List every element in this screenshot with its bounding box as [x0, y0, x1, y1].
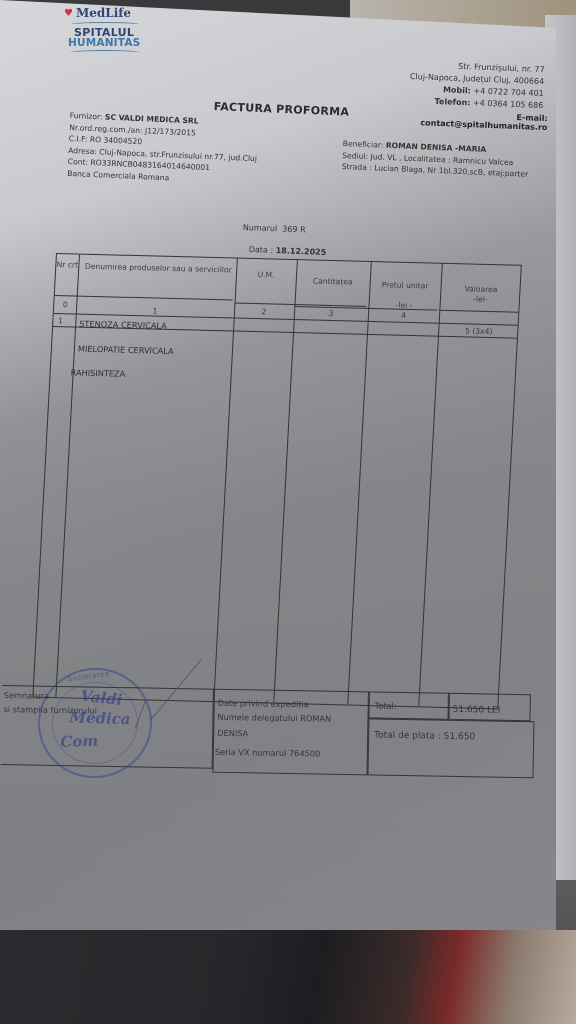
- document-date: Data : 18.12.2025: [249, 245, 327, 257]
- total-value: 51.650 LEI: [453, 704, 501, 718]
- item-line: MIELOPATIE CERVICALA: [78, 344, 174, 356]
- contact-email: E-mail: contact@spitalhumanitas.ro: [387, 108, 548, 132]
- background-fabric: [0, 930, 576, 1024]
- beneficiary-block: Beneficiar: ROMAN DENISA -MARIA Sediul: …: [342, 138, 530, 180]
- header-unit-price: Pretul unitar: [369, 280, 441, 292]
- index-3: 3: [294, 308, 368, 319]
- row-divider: [55, 295, 233, 301]
- total-pay-box: [367, 718, 534, 778]
- header-product-name: Denumirea produselor sau a servicillor: [84, 262, 232, 276]
- invoice-table: Nr crt Denumirea produselor sau a servic…: [32, 253, 522, 709]
- heart-icon: ♥: [64, 8, 73, 19]
- logo-line2: HUMANITAS: [68, 38, 154, 49]
- delegate-label: Numele delegatului ROMAN: [217, 711, 331, 726]
- row-divider: [439, 310, 518, 313]
- column-divider: [347, 262, 372, 705]
- id-series: Seria VX numarul 764500: [215, 746, 321, 761]
- item-line: STENOZA CERVICALA: [79, 319, 167, 331]
- column-divider: [213, 259, 238, 702]
- header-nr: Nr crt: [56, 260, 79, 271]
- stamp-text: Com: [60, 732, 98, 751]
- column-divider: [273, 260, 298, 703]
- invoice-paper: ♥MedLife SPITALUL HUMANITAS Str. Frunziș…: [0, 0, 556, 930]
- document-title: FACTURA PROFORMA: [213, 100, 349, 119]
- item-line: RAHISINTEZA: [70, 367, 125, 378]
- header-um: U.M.: [236, 270, 297, 282]
- total-pay: Total de plata : 51.650: [374, 730, 475, 745]
- stamp-text: Societatea: [67, 670, 110, 684]
- row-number: 1: [53, 316, 67, 325]
- expedition-title: Date privind expeditia: [218, 697, 309, 712]
- document-number: Numarul 369 R: [243, 223, 306, 234]
- header-quantity: Cantitatea: [295, 276, 370, 288]
- header-value-unit: -lei-: [440, 294, 522, 306]
- index-4: 4: [368, 310, 439, 321]
- stamp-text: Medica: [69, 708, 131, 728]
- hospital-logo: ♥MedLife SPITALUL HUMANITAS: [64, 6, 154, 55]
- logo-wave: [70, 50, 140, 55]
- delegate-name: DENISA: [217, 727, 248, 741]
- index-2: 2: [234, 307, 294, 318]
- total-label: Total:: [375, 700, 397, 713]
- hospital-contact: Str. Frunzișului, nr. 77 Cluj-Napoca, Ju…: [383, 58, 545, 112]
- supplier-block: Furnizor: SC VALDI MEDICA SRL Nr.ord.reg…: [67, 110, 259, 187]
- index-0: 0: [54, 300, 76, 310]
- logo-brand: MedLife: [76, 6, 131, 20]
